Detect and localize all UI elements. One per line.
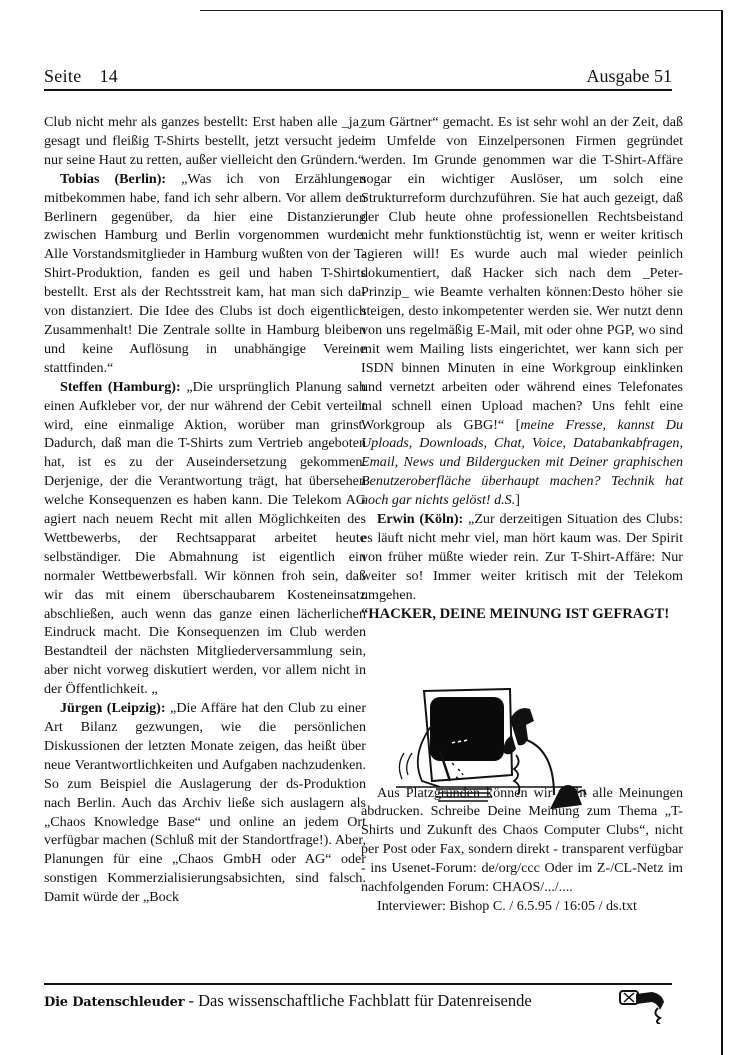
statement-text: zum Gärtner“ gemacht. Es ist sehr wohl a… (361, 114, 683, 433)
callout-heading: “HACKER, DEINE MEINUNG IST GE­FRAGT! (361, 605, 683, 624)
statement-tobias: Tobias (Berlin): „Was ich von Erzählunge… (44, 170, 366, 378)
speaker-name: Erwin (Köln): (377, 511, 463, 527)
masthead-title: Die Datenschleuder (44, 995, 184, 1010)
page-header: Seite14 Ausgabe 51 (44, 66, 672, 88)
statement-steffen: Steffen (Hamburg): „Die ursprünglich Pla… (44, 378, 366, 699)
footer-tagline: - Das wissenschaftliche Fachblatt für Da… (184, 991, 531, 1010)
statement-text: „Die ursprünglich Pla­nung sah einen Auf… (44, 379, 366, 698)
top-border-rule (200, 10, 722, 11)
cartoon-computer-phone-illustration (392, 685, 587, 815)
issue-label: Ausgabe 51 (587, 66, 672, 87)
interviewer-credit: Interviewer: Bishop C. / 6.5.95 / 16:05 … (361, 897, 683, 916)
paragraph: zum Gärtner“ gemacht. Es ist sehr wohl a… (361, 113, 683, 510)
speaker-name: Steffen (Hamburg): (60, 379, 181, 395)
speaker-name: Jürgen (Leipzig): (60, 700, 166, 716)
page-number-label: Seite14 (44, 66, 118, 87)
left-column: Club nicht mehr als ganzes bestellt: Ers… (44, 113, 366, 907)
paragraph: Club nicht mehr als ganzes bestellt: Ers… (44, 113, 366, 170)
datenschleuder-logo-icon (618, 988, 670, 1024)
statement-text: „Die Affäre hat den Club zu einer Art Bi… (44, 700, 366, 905)
right-border-rule (721, 10, 723, 1055)
statement-juergen: Jürgen (Leipzig): „Die Affäre hat den Cl… (44, 699, 366, 907)
page-label: Seite (44, 66, 82, 86)
statement-erwin: Erwin (Köln): „Zur derzeitigen Situation… (361, 510, 683, 605)
bracket: ] (515, 492, 520, 508)
page-number: 14 (100, 66, 119, 86)
speaker-name: Tobias (Berlin): (60, 171, 166, 187)
footer-divider (44, 983, 672, 985)
page-footer: Die Datenschleuder - Das wissenschaftlic… (44, 991, 532, 1011)
header-divider (44, 89, 672, 91)
statement-text: „Was ich von Erzählungen mitbekommen hab… (44, 171, 366, 376)
